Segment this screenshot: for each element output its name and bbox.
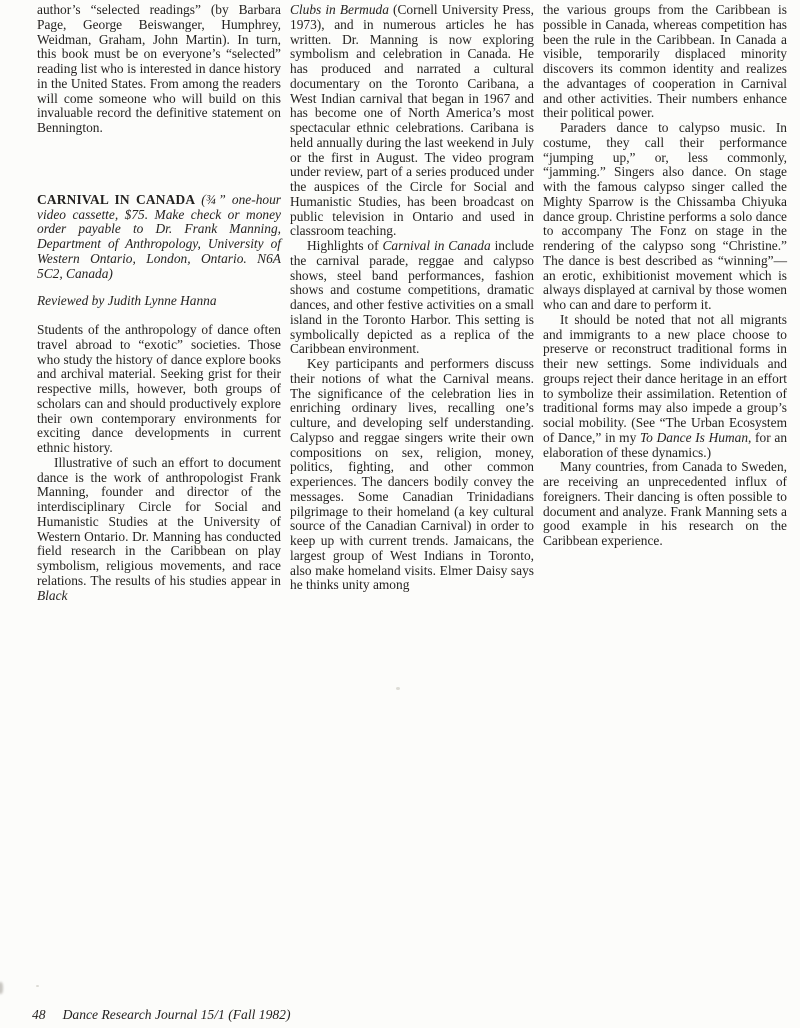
text-segment: Many countries, from Canada to Sweden, a… [543,459,787,548]
text-segment: include the carnival parade, reggae and … [290,238,534,356]
paragraph: Paraders dance to calypso music. In cost… [543,121,787,313]
paragraph: Highlights of Carnival in Canada include… [290,239,534,357]
paragraph: Students of the anthropology of dance of… [37,323,281,456]
page-footer: 48Dance Research Journal 15/1 (Fall 1982… [32,1007,291,1023]
text-segment: Reviewed by Judith Lynne Hanna [37,293,217,308]
text-segment: Highlights of [307,238,382,253]
paragraph: Illustrative of such an effort to docume… [37,456,281,604]
scan-speck [396,687,400,690]
text-segment: (Cornell University Press, 1973), and in… [290,2,534,238]
text-segment: Carnival in Canada [382,238,490,253]
paragraph-continuation: Clubs in Bermuda (Cornell University Pre… [290,3,534,239]
paragraph: Many countries, from Canada to Sweden, a… [543,460,787,549]
journal-citation: Dance Research Journal 15/1 (Fall 1982) [63,1007,291,1022]
paragraph: Key participants and performers discuss … [290,357,534,593]
text-segment: Key participants and performers discuss … [290,356,534,592]
page-number: 48 [32,1007,46,1022]
text-columns: author’s “selected readings” (by Barbara… [37,3,787,603]
text-segment: author’s “selected readings” (by Barbara… [37,2,281,135]
column-left: author’s “selected readings” (by Barbara… [37,3,281,603]
text-segment: To Dance Is Human [640,430,748,445]
paragraph-continuation: the various groups from the Caribbean is… [543,3,787,121]
scan-edge-smudge [0,982,3,994]
paragraph: It should be noted that not all migrants… [543,313,787,461]
reviewer-byline: Reviewed by Judith Lynne Hanna [37,294,281,309]
review-heading: CARNIVAL IN CANADA (¾ ” one-hour video c… [37,193,281,282]
text-segment: It should be noted that not all migrants… [543,312,787,445]
column-middle: Clubs in Bermuda (Cornell University Pre… [290,3,534,603]
text-segment: Clubs in Bermuda [290,2,389,17]
text-segment: CARNIVAL IN CANADA [37,192,195,207]
text-segment: Paraders dance to calypso music. In cost… [543,120,787,312]
text-segment: Students of the anthropology of dance of… [37,322,281,455]
text-segment: Illustrative of such an effort to docume… [37,455,281,588]
text-segment: Black [37,588,67,603]
column-right: the various groups from the Caribbean is… [543,3,787,603]
text-segment: the various groups from the Caribbean is… [543,2,787,120]
paragraph-continuation: author’s “selected readings” (by Barbara… [37,3,281,136]
scan-speck [36,985,39,987]
journal-page-scan: author’s “selected readings” (by Barbara… [0,0,800,1028]
